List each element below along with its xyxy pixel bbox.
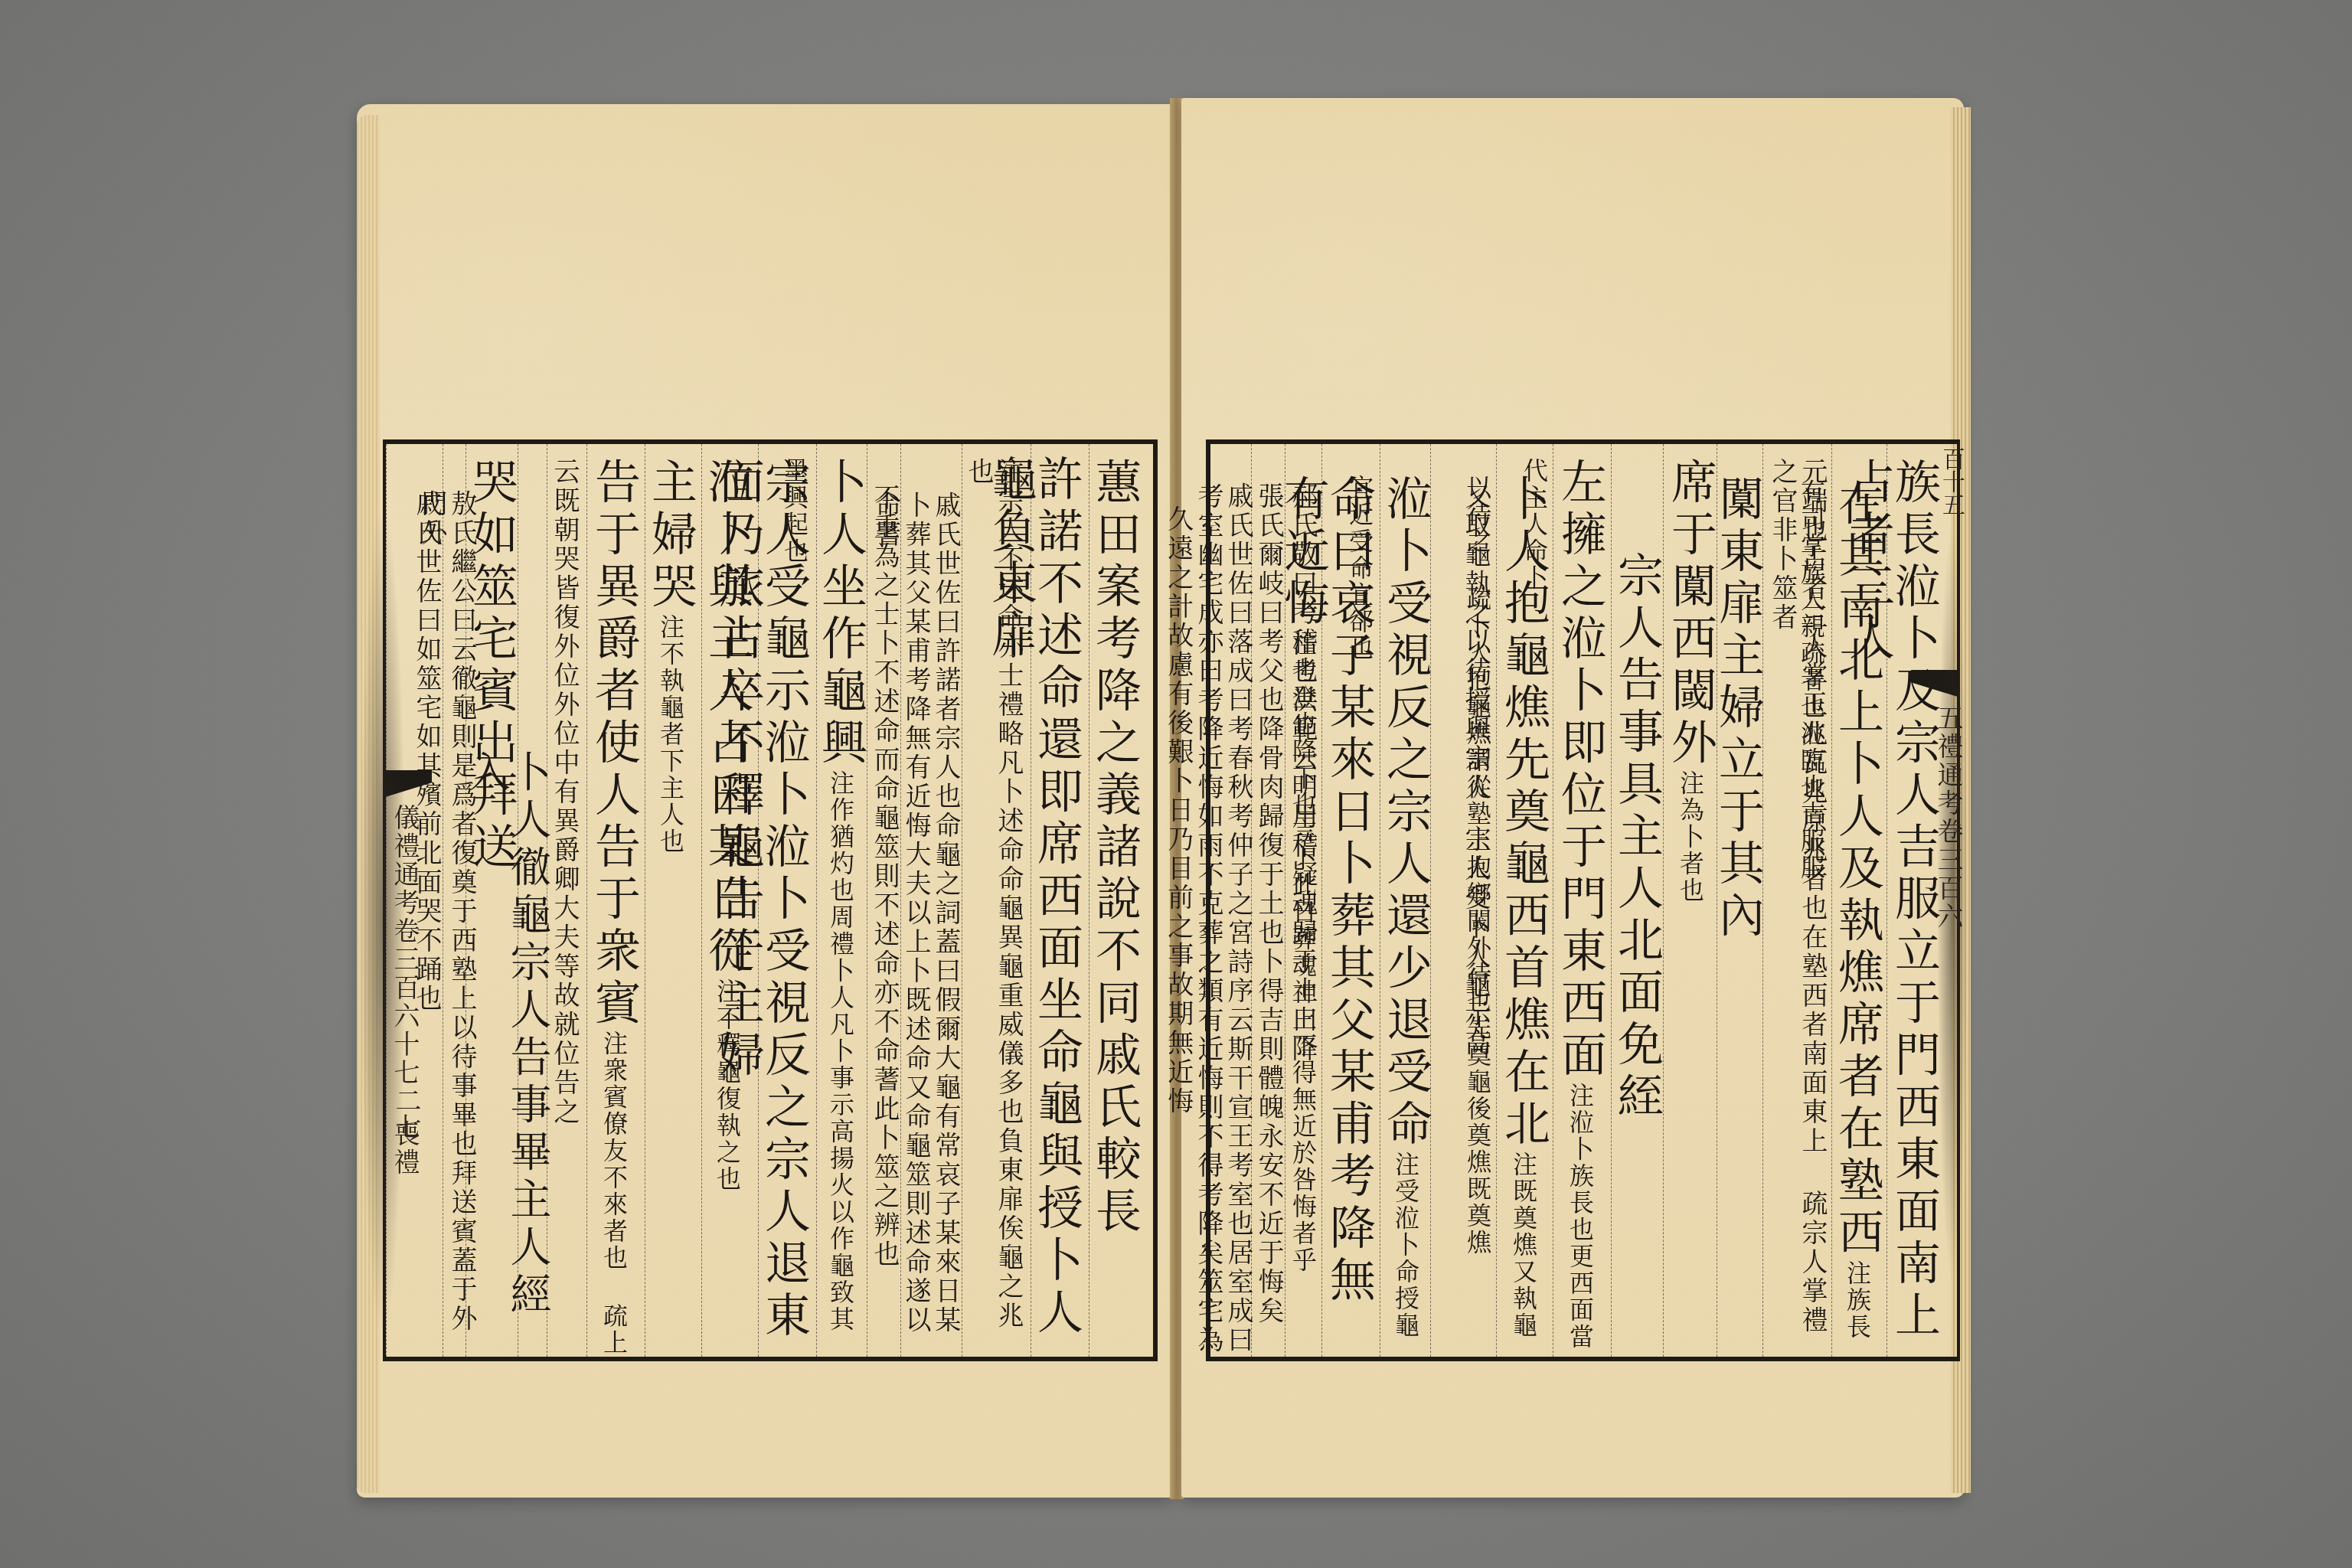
ink-bleed <box>360 498 406 1340</box>
left-text-frame: 蕙田案考降之義諸說不同戚氏較長 許諾不述命還即席西面坐命龜與授卜人龜負東扉 注宗… <box>383 439 1158 1361</box>
text-column: 宗人受龜示涖卜涖卜受視反之宗人退東面乃旅占卒不釋龜告于主婦 <box>758 444 807 1357</box>
commentary-column: 注宗人不述命亦士禮略凡卜述命命龜異龜重威儀多也負東扉俟龜之兆也 <box>962 444 1023 1357</box>
open-book: 蕙田案考降之義諸說不同戚氏較長 許諾不述命還即席西面坐命龜與授卜人龜負東扉 注宗… <box>0 0 2352 1568</box>
commentary-column: 張氏爾岐曰考父也降骨肉歸復于土也卜得吉則體魄永安不近于悔矣 <box>1251 444 1283 1357</box>
text-column: 主婦哭注不執龜者下主人也 <box>645 444 694 1357</box>
commentary-column: 戚氏世佐曰許諾者宗人也命龜之詞蓋曰假爾大龜有常哀子某來日某卜葬其父某甫考降無有近… <box>900 444 960 1357</box>
text-column: 卜人坐作龜興注作猶灼也周禮卜人凡卜事示高揚火以作龜致其墨興起也 <box>816 444 864 1357</box>
text-column: 在其南北上卜人及執燋席者在塾西注族長有司掌族人親疏者也涖臨也吉服服 <box>1831 444 1880 1357</box>
text-column: 宗人告事具主人北面免絰 <box>1611 444 1660 1357</box>
commentary-column: 又取龜執之以待授與宗人宗人受卜人龜示高 <box>1430 444 1490 1357</box>
commentary-column: 元端也占者三人掌玉兆瓦兆原兆者也在塾西者南面東上 疏宗人掌禮之官非卜筮者 <box>1762 444 1827 1357</box>
ink-bleed <box>1937 521 1968 1286</box>
text-column: 卜人抱龜燋先奠龜西首燋在北注既奠燋又執龜以待之 疏卜人抱龜燋謂從塾上抱鄉閾外待也… <box>1496 444 1547 1357</box>
text-column: 蕙田案考降之義諸說不同戚氏較長 <box>1089 444 1138 1357</box>
right-text-frame: 族長涖卜及宗人吉服立于門西東面南上占者三人 在其南北上卜人及執燋席者在塾西注族長… <box>1206 439 1960 1361</box>
commentary-column: 敖氏繼公曰云徹龜則是爲者復奠于西塾上以待事畢也拜送賓蓋于外門外 <box>443 444 476 1357</box>
commentary-column: 不重為之士卜不述命而命龜筮則不述命亦不命蓍此卜筮之辨也 <box>867 444 899 1357</box>
commentary-column: 郝氏敬曰考稽也洪範云明用稽疑魂歸于土曰降 <box>1285 444 1317 1357</box>
text-column: 告于異爵者使人告于衆賓注衆賓僚友不來者也 疏上 <box>586 444 637 1357</box>
folio-number: 百十五 <box>1934 447 1968 516</box>
text-column: 席于闑西閾外注為卜者也 <box>1663 444 1713 1357</box>
text-column: 左擁之涖卜即位于門東西面注涖卜族長也更西面當代主人命卜 <box>1553 444 1603 1357</box>
text-column: 卜人徹龜宗人告事畢主人經入 <box>518 444 548 1357</box>
text-column: 許諾不述命還即席西面坐命龜與授卜人龜負東扉 <box>1031 444 1080 1357</box>
text-column: 涖卜與主人占曰某日從注不釋龜復執之也 <box>701 444 750 1357</box>
text-column: 涖卜受視反之宗人還少退受命注受涖卜命授龜宜近受命宜郤也 <box>1380 444 1429 1357</box>
text-column: 命曰哀子某來日卜葬其父某甫考降無有近悔注考登也降下也言卜此日葬魂神上下得無近於咎… <box>1321 444 1372 1357</box>
commentary-column: 戚氏世佐曰落成曰考春秋考仲子之宮詩序云斯干宣王考室也居室成曰考室幽宅成亦曰考降近… <box>1208 444 1253 1357</box>
text-column: 闑東扉主婦立于其內 <box>1717 444 1761 1357</box>
